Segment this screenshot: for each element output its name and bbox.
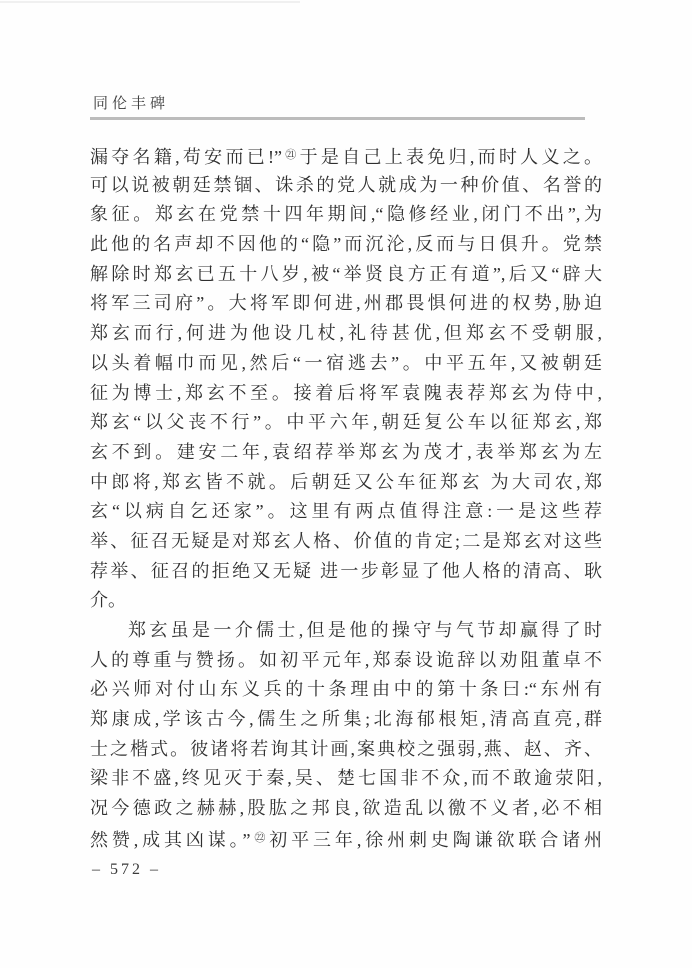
text-line: 必兴师对付山东义兵的十条理由中的第十条曰:“东州有: [90, 675, 602, 705]
text-line: 此他的名声却不因他的“隐”而沉沦,反而与日俱升。党禁: [90, 230, 602, 260]
text-line: 况今德政之赫赫,股肱之邦良,欲造乱以徼不义者,必不相: [90, 794, 602, 824]
text-line: 荐举、征召的拒绝又无疑 进一步彰显了他人格的清高、耿: [90, 557, 602, 587]
text-line: 解除时郑玄已五十八岁,被“举贤良方正有道”,后又“辟大: [90, 260, 602, 290]
book-page: 同伦丰碑 漏夺名籍,苟安而已!”㉑于是自己上表免归,而时人义之。 可以说被朝廷禁…: [0, 0, 692, 968]
text-line: 将军三司府”。大将军即何进,州郡畏惧何进的权势,胁迫: [90, 289, 602, 319]
running-header: 同伦丰碑: [93, 92, 169, 113]
footnote-ref-22: ㉒: [251, 832, 270, 844]
text-line: 士之楷式。彼诸将若询其计画,案典校之强弱,燕、赵、齐、: [90, 735, 602, 765]
text-line: 郑康成,学该古今,儒生之所集;北海郁根矩,清高直亮,群: [90, 705, 602, 735]
text-line: 梁非不盛,终见灭于秦,吴、楚七国非不众,而不敢逾荥阳,: [90, 764, 602, 794]
line-text: 漏夺名籍,苟安而已!”: [90, 147, 282, 167]
text-line: 中郎将,郑玄皆不就。后朝廷又公车征郑玄 为大司农,郑: [90, 468, 602, 498]
text-line: 郑玄而行,何进为他设几杖,礼待甚优,但郑玄不受朝服,: [90, 319, 602, 349]
body-text: 漏夺名籍,苟安而已!”㉑于是自己上表免归,而时人义之。 可以说被朝廷禁锢、诛杀的…: [90, 141, 602, 854]
text-line: 玄不到。建安二年,袁绍荐举郑玄为茂才,表举郑玄为左: [90, 438, 602, 468]
text-line: 漏夺名籍,苟安而已!”㉑于是自己上表免归,而时人义之。: [90, 141, 602, 171]
text-line: 可以说被朝廷禁锢、诛杀的党人就成为一种价值、名誉的: [90, 171, 602, 201]
text-line-paragraph-start: 郑玄虽是一介儒士,但是他的操守与气节却赢得了时: [90, 616, 602, 646]
scan-edge-artifact: [0, 1, 300, 3]
text-line: 然赞,成其凶谋。”㉒初平三年,徐州刺史陶谦欲联合诸州: [90, 824, 602, 854]
line-text: 初平三年,徐州刺史陶谦欲联合诸州: [269, 830, 602, 850]
header-rule: [90, 117, 585, 120]
text-line: 郑玄“以父丧不行”。中平六年,朝廷复公车以征郑玄,郑: [90, 408, 602, 438]
text-line: 介。: [90, 586, 602, 616]
text-line: 人的尊重与赞扬。如初平元年,郑泰设诡辞以劝阻董卓不: [90, 646, 602, 676]
text-line: 征为博士,郑玄不至。接着后将军袁隗表荐郑玄为侍中,: [90, 379, 602, 409]
footnote-ref-21: ㉑: [282, 149, 300, 161]
text-line: 举、征召无疑是对郑玄人格、价值的肯定;二是郑玄对这些: [90, 527, 602, 557]
text-line: 玄“以病自乞还家”。这里有两点值得注意:一是这些荐: [90, 497, 602, 527]
line-text: 然赞,成其凶谋。”: [90, 830, 251, 850]
text-line: 以头着幅巾而见,然后“一宿逃去”。中平五年,又被朝廷: [90, 349, 602, 379]
line-text: 于是自己上表免归,而时人义之。: [300, 147, 602, 167]
page-number: – 572 –: [92, 861, 161, 879]
text-line: 象征。郑玄在党禁十四年期间,“隐修经业,闭门不出”,为: [90, 200, 602, 230]
